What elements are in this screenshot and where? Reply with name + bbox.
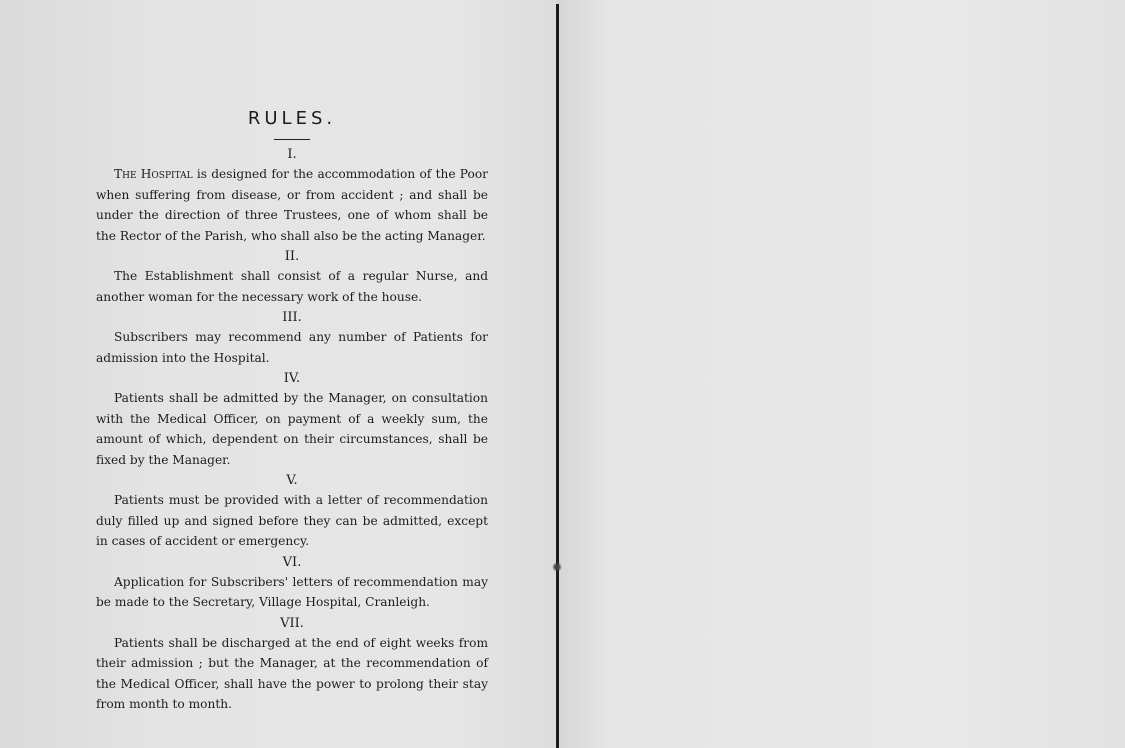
- rule-text: Application for Subscribers' letters of …: [96, 572, 488, 613]
- left-page-column: RULES. I. The Hospital is designed for t…: [96, 104, 488, 717]
- rule-numeral: I.: [96, 146, 488, 164]
- right-page: 3 VIII. The medical department shall be …: [557, 0, 1125, 748]
- rule-section-1: I. The Hospital is designed for the acco…: [96, 146, 488, 246]
- rule-numeral: V.: [96, 472, 488, 490]
- rule-numeral: III.: [96, 309, 488, 327]
- title-divider: [274, 139, 310, 140]
- rule-text: Subscribers may recommend any number of …: [96, 327, 488, 368]
- rule-text: Patients shall be discharged at the end …: [96, 633, 488, 715]
- rule-section-3: III. Subscribers may recommend any numbe…: [96, 309, 488, 368]
- rule-numeral: VI.: [96, 554, 488, 572]
- rule-section-2: II. The Establishment shall consist of a…: [96, 248, 488, 307]
- rule-text: Patients shall be admitted by the Manage…: [96, 388, 488, 470]
- binding-thread-knot: [552, 562, 562, 572]
- rule-text: The Hospital is designed for the accommo…: [96, 164, 488, 246]
- book-gutter: [556, 4, 559, 748]
- rule-section-5: V. Patients must be provided with a lett…: [96, 472, 488, 552]
- rule-text: The Establishment shall consist of a reg…: [96, 266, 488, 307]
- rule-section-7: VII. Patients shall be discharged at the…: [96, 615, 488, 715]
- page-title: RULES.: [96, 108, 488, 129]
- rule-numeral: II.: [96, 248, 488, 266]
- rule-lead-smallcaps: The Hospital: [114, 167, 193, 181]
- rule-section-6: VI. Application for Subscribers' letters…: [96, 554, 488, 613]
- rule-text: Patients must be provided with a letter …: [96, 490, 488, 552]
- rule-numeral: IV.: [96, 370, 488, 388]
- book-spread: RULES. I. The Hospital is designed for t…: [0, 0, 1125, 748]
- rule-section-4: IV. Patients shall be admitted by the Ma…: [96, 370, 488, 470]
- rule-numeral: VII.: [96, 615, 488, 633]
- left-page: RULES. I. The Hospital is designed for t…: [0, 0, 557, 748]
